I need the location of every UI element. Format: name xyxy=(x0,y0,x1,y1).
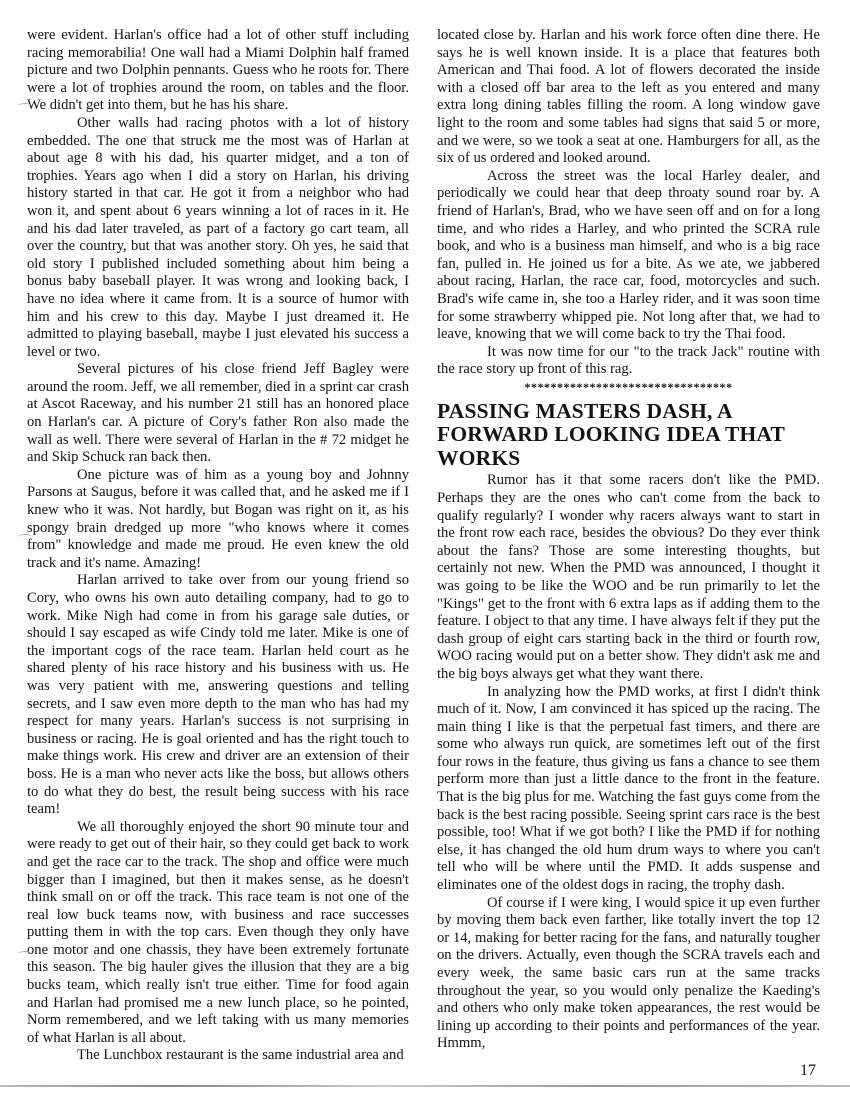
paragraph: Other walls had racing photos with a lot… xyxy=(27,115,409,361)
paragraph: Across the street was the local Harley d… xyxy=(437,168,820,344)
paragraph: In analyzing how the PMD works, at first… xyxy=(437,684,820,895)
scan-artifact xyxy=(18,534,32,541)
left-column: were evident. Harlan's office had a lot … xyxy=(27,27,409,1065)
paragraph: We all thoroughly enjoyed the short 90 m… xyxy=(27,819,409,1048)
scan-artifact xyxy=(18,951,32,958)
right-column: located close by. Harlan and his work fo… xyxy=(437,27,820,1053)
article-headline: PASSING MASTERS DASH, A FORWARD LOOKING … xyxy=(437,400,820,471)
page-number: 17 xyxy=(800,1062,816,1080)
bottom-scan-edge xyxy=(0,1085,850,1087)
paragraph: It was now time for our "to the track Ja… xyxy=(437,344,820,379)
section-separator: ******************************** xyxy=(437,380,820,394)
paragraph: The Lunchbox restaurant is the same indu… xyxy=(27,1047,409,1065)
paragraph: Harlan arrived to take over from our you… xyxy=(27,572,409,818)
paragraph: One picture was of him as a young boy an… xyxy=(27,467,409,573)
scan-artifact xyxy=(18,103,32,110)
paragraph: Several pictures of his close friend Jef… xyxy=(27,361,409,467)
paragraph: Rumor has it that some racers don't like… xyxy=(437,472,820,683)
paragraph: located close by. Harlan and his work fo… xyxy=(437,27,820,168)
paragraph: were evident. Harlan's office had a lot … xyxy=(27,27,409,115)
paragraph: Of course if I were king, I would spice … xyxy=(437,895,820,1053)
